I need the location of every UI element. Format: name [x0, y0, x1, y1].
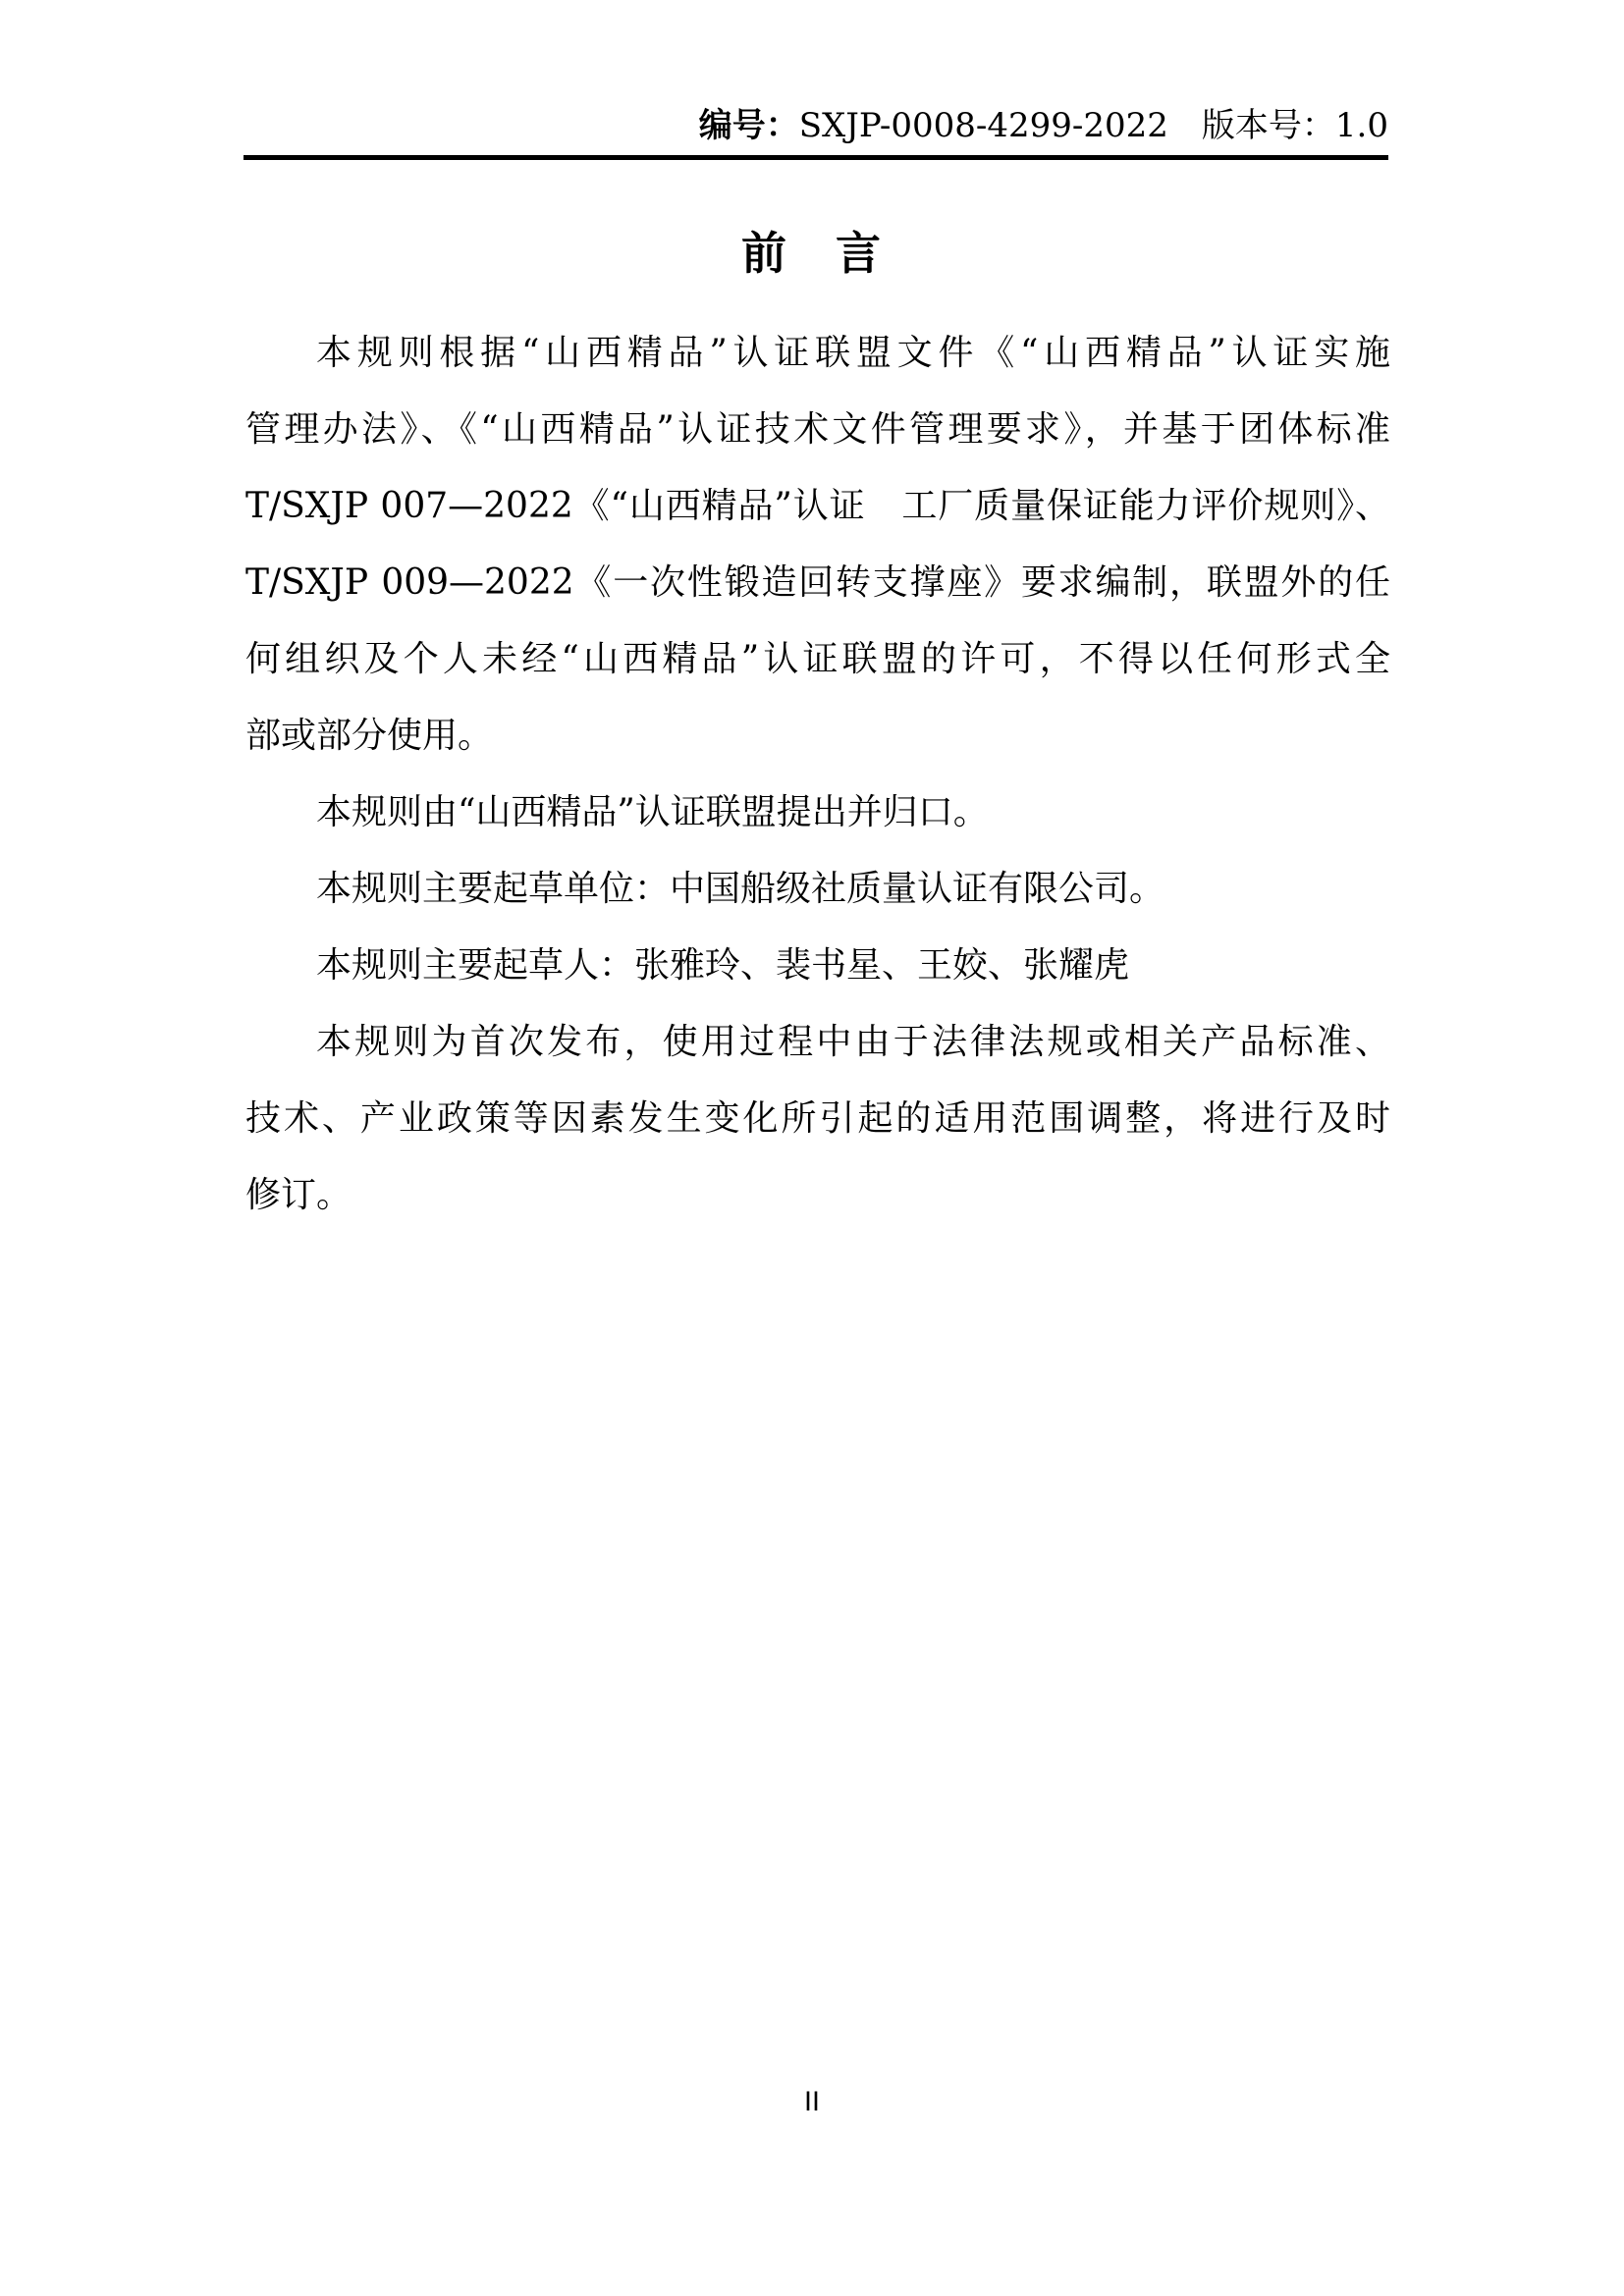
body-line-9: 本规则主要起草人：张雅玲、裴书星、王姣、张耀虎	[245, 928, 1390, 1004]
body-line-7: 本规则由“山西精品”认证联盟提出并归口。	[245, 774, 1390, 851]
page-title: 前 言	[0, 218, 1624, 283]
body-line-12: 修订。	[245, 1157, 1390, 1234]
doc-number-value: SXJP-0008-4299-2022	[799, 106, 1168, 145]
body-line-8: 本规则主要起草单位：中国船级社质量认证有限公司。	[245, 851, 1390, 928]
version-value: 1.0	[1335, 106, 1388, 145]
body-line-4: T/SXJP 009—2022《一次性锻造回转支撑座》要求编制，联盟外的任	[245, 545, 1390, 621]
body-line-2: 管理办法》、《“山西精品”认证技术文件管理要求》，并基于团体标准	[245, 392, 1390, 468]
body-line-10: 本规则为首次发布，使用过程中由于法律法规或相关产品标准、	[245, 1004, 1390, 1081]
body-line-11: 技术、产业政策等因素发生变化所引起的适用范围调整，将进行及时	[245, 1081, 1390, 1157]
body-line-1: 本规则根据“山西精品”认证联盟文件《“山西精品”认证实施	[245, 315, 1390, 392]
doc-number-label: 编号：	[699, 106, 799, 145]
header-divider-rule	[244, 155, 1388, 160]
document-page: 编号：SXJP-0008-4299-2022版本号：1.0 前 言 本规则根据“…	[0, 0, 1624, 2296]
page-number: II	[804, 2087, 820, 2117]
body-line-6: 部或部分使用。	[245, 698, 1390, 774]
body-line-5: 何组织及个人未经“山西精品”认证联盟的许可，不得以任何形式全	[245, 621, 1390, 698]
document-header: 编号：SXJP-0008-4299-2022版本号：1.0	[244, 102, 1388, 149]
body-line-3: T/SXJP 007—2022《“山西精品”认证 工厂质量保证能力评价规则》、	[245, 468, 1390, 545]
page-footer: II	[0, 2087, 1624, 2117]
version-label: 版本号：	[1202, 106, 1335, 145]
document-body: 本规则根据“山西精品”认证联盟文件《“山西精品”认证实施 管理办法》、《“山西精…	[245, 315, 1390, 1234]
